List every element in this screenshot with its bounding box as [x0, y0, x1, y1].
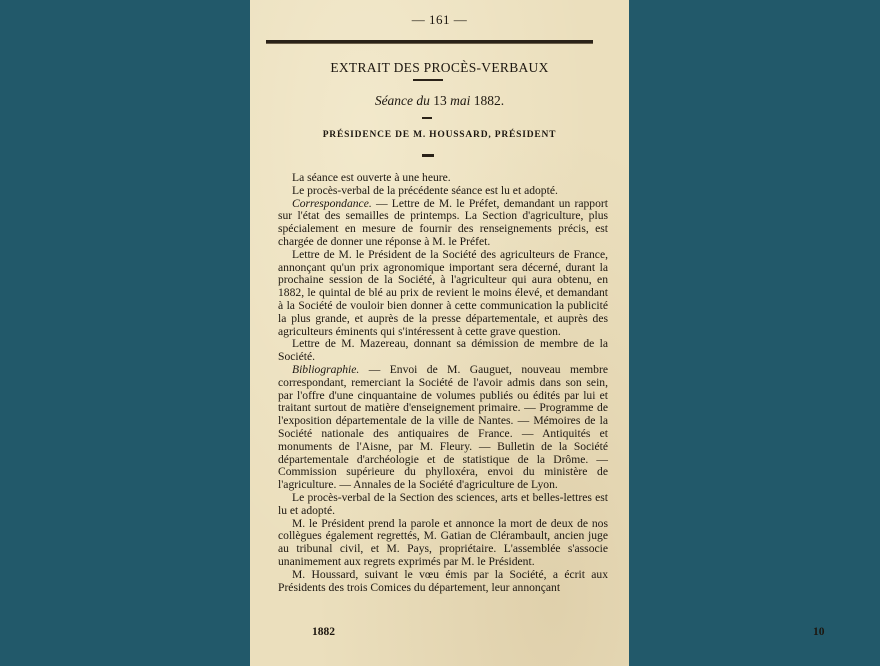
paragraph: Le procès-verbal de la Section des scien…: [278, 492, 608, 518]
title-divider: [413, 79, 443, 81]
presidency-line: PRÉSIDENCE DE M. HOUSSARD, PRÉSIDENT: [250, 130, 629, 140]
document-page: — 161 — EXTRAIT DES PROCÈS-VERBAUX Séanc…: [250, 0, 629, 666]
footer-signature: 10: [813, 626, 825, 638]
session-year: 1882.: [474, 93, 504, 108]
page-title: EXTRAIT DES PROCÈS-VERBAUX: [250, 60, 629, 76]
presidency-divider: [422, 154, 434, 157]
paragraph: Lettre de M. le Président de la Société …: [278, 249, 608, 339]
paragraph-correspondance: Correspondance. — Lettre de M. le Préfet…: [278, 198, 608, 249]
paragraph: M. Houssard, suivant le vœu émis par la …: [278, 569, 608, 595]
session-date: Séance du 13 mai 1882.: [250, 93, 629, 109]
date-divider: [422, 117, 432, 119]
header-rule: [266, 40, 593, 44]
page-number: — 161 —: [250, 12, 629, 28]
minutes-body: La séance est ouverte à une heure. Le pr…: [278, 172, 608, 594]
session-month: mai: [450, 93, 470, 108]
paragraph: M. le Président prend la parole et annon…: [278, 518, 608, 569]
session-day: 13: [433, 93, 447, 108]
paragraph: Lettre de M. Mazereau, donnant sa démiss…: [278, 338, 608, 364]
paragraph-bibliographie: Bibliographie. — Envoi de M. Gauguet, no…: [278, 364, 608, 492]
session-prefix: Séance du: [375, 93, 430, 108]
footer-year: 1882: [312, 626, 335, 638]
